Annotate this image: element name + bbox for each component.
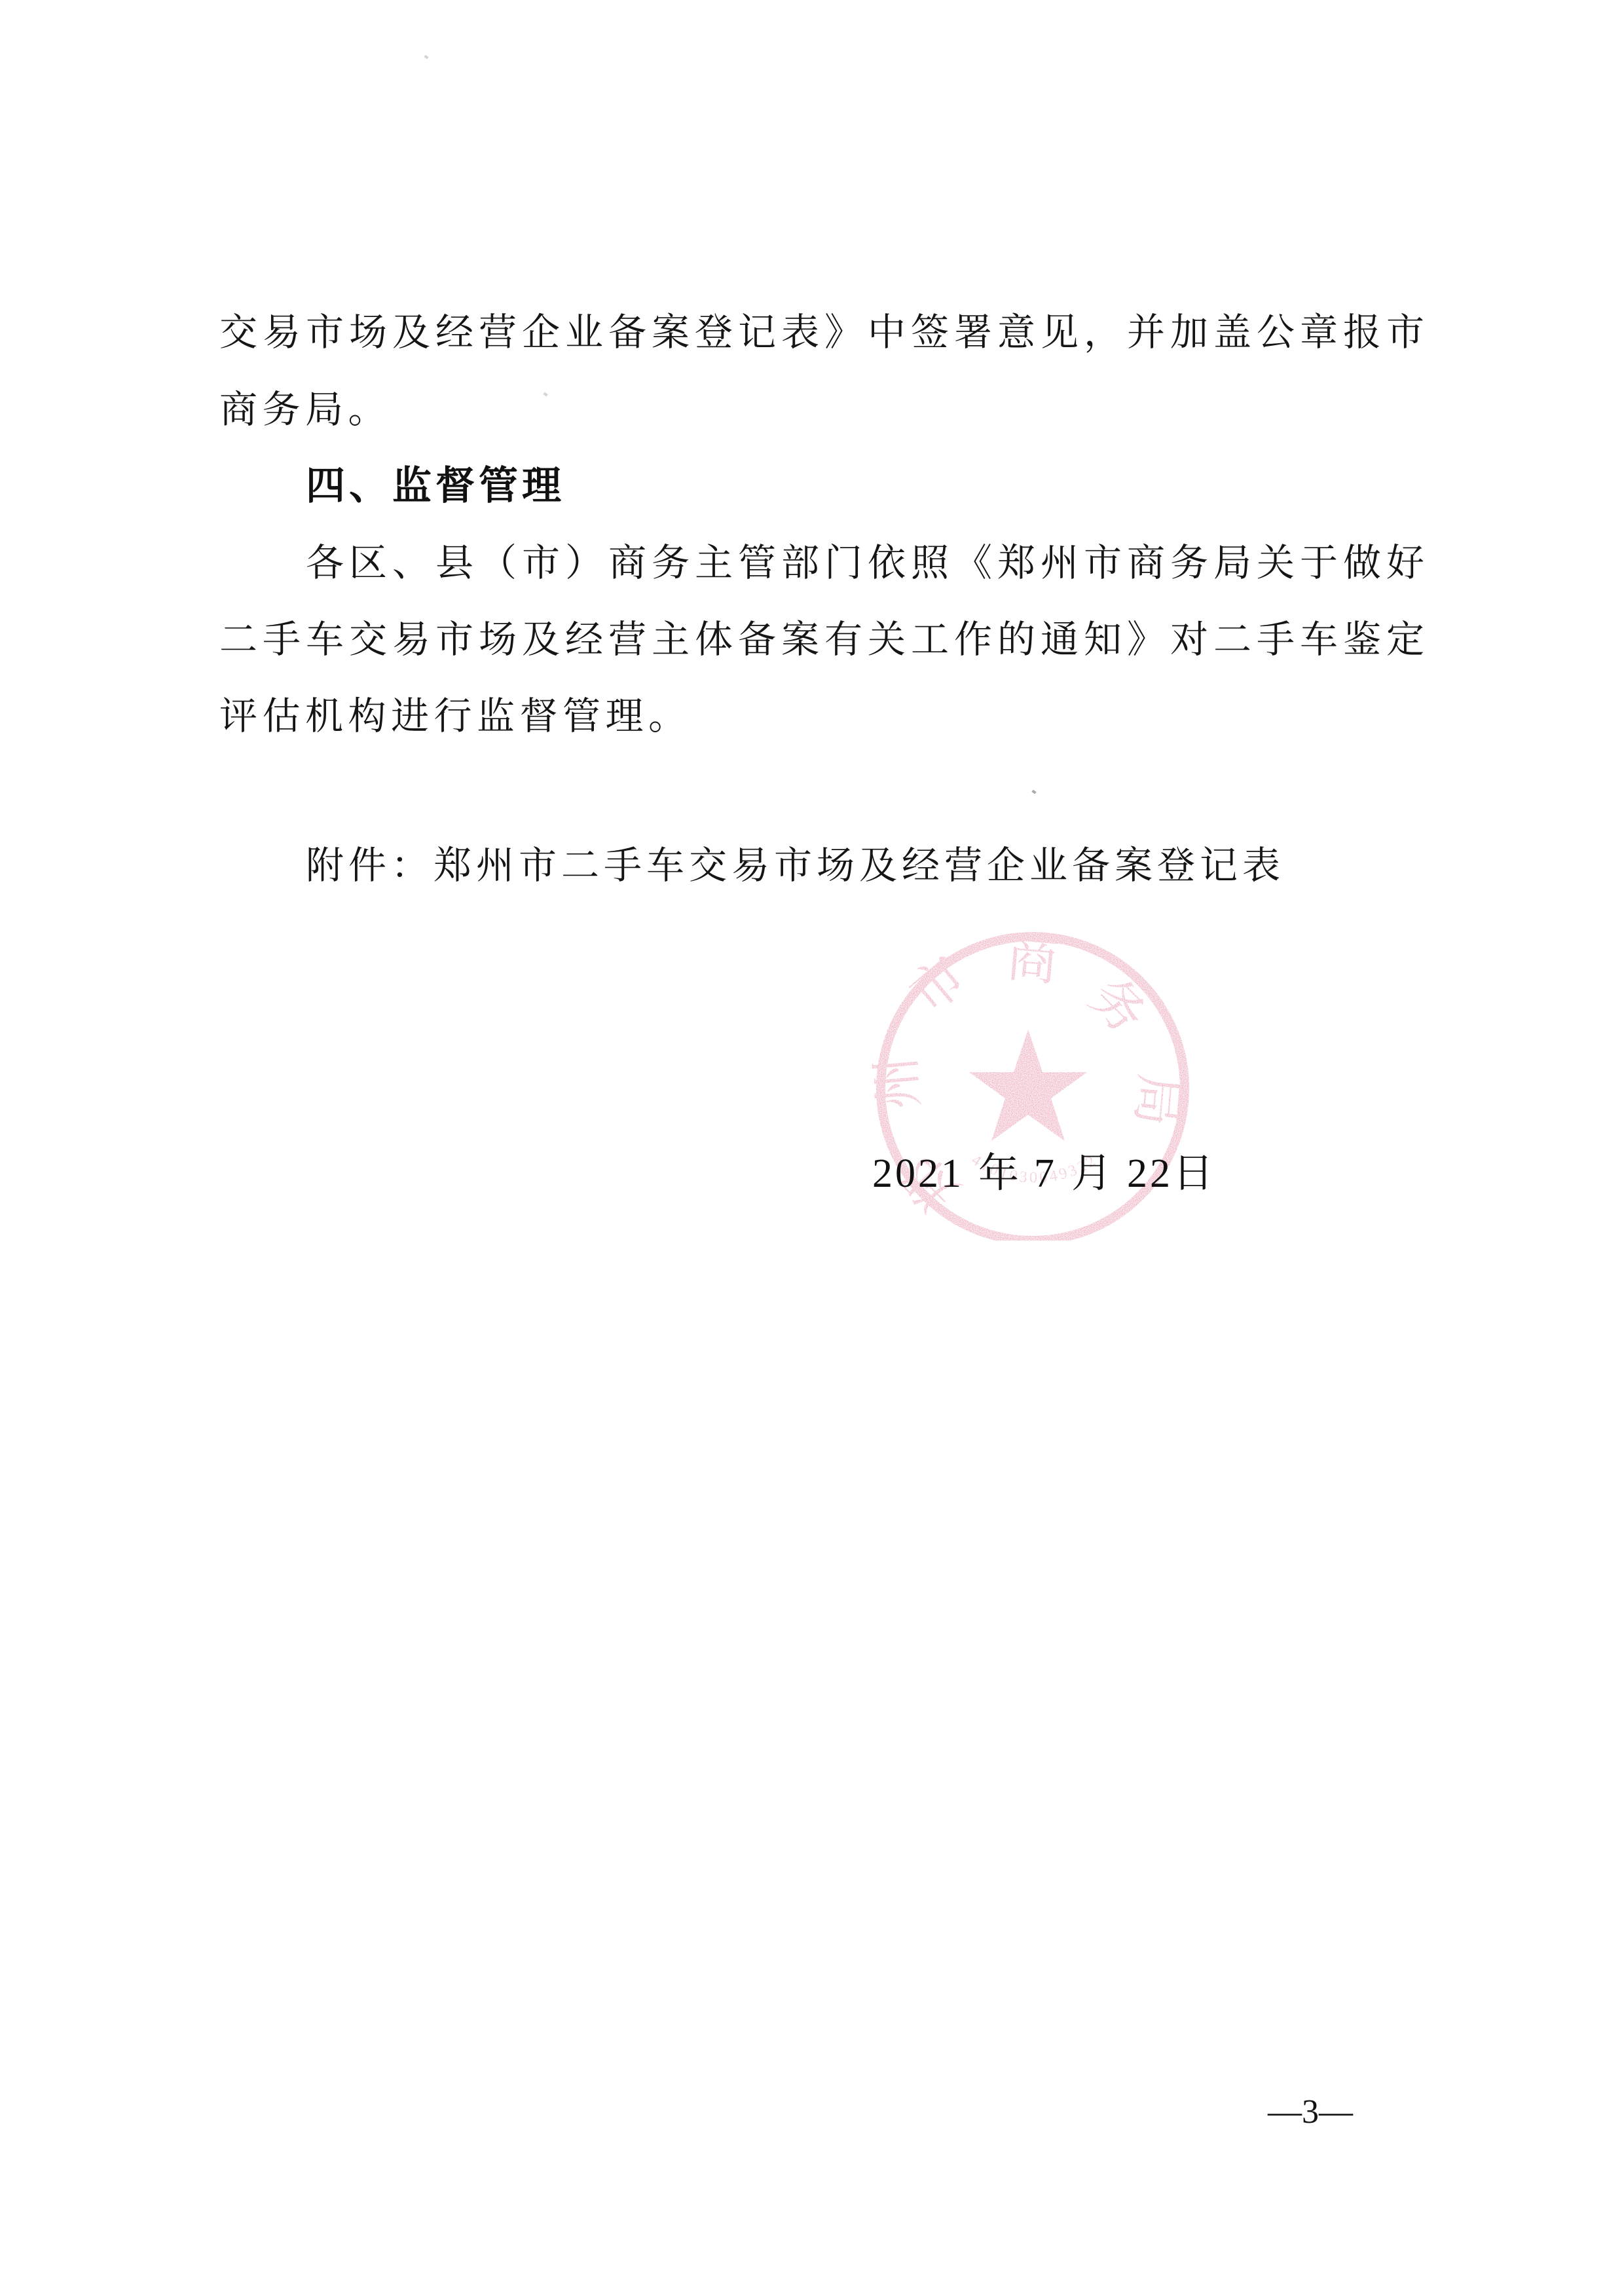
signature-date: 2021年7月22日 xyxy=(872,1135,1214,1212)
date-year-unit: 年 xyxy=(978,1135,1020,1212)
section-heading: 四、监督管理 xyxy=(306,447,565,525)
date-month-unit: 月 xyxy=(1071,1135,1113,1212)
date-year: 2021 xyxy=(872,1135,964,1212)
page-number: —3— xyxy=(1268,2089,1353,2135)
document-page: 交易市场及经营企业备案登记表》中签署意见，并加盖公章报市 商务局。 四、监督管理… xyxy=(0,0,1624,2295)
paragraph-line-1: 各区、县（市）商务主管部门依照《郑州市商务局关于做好 xyxy=(306,524,1424,601)
seal-char-zhou: 州 xyxy=(871,1054,930,1111)
paragraph-line-2: 二手车交易市场及经营主体备案有关工作的通知》对二手车鉴定 xyxy=(219,601,1424,678)
continuation-line-2: 商务局。 xyxy=(219,371,1424,448)
date-day-unit: 日 xyxy=(1173,1135,1214,1212)
paragraph-line-3: 评估机构进行监督管理。 xyxy=(219,677,1424,755)
continuation-line-1: 交易市场及经营企业备案登记表》中签署意见，并加盖公章报市 xyxy=(219,293,1424,371)
scan-speck xyxy=(424,55,428,60)
date-month: 7 xyxy=(1034,1135,1057,1212)
seal-char-wu: 务 xyxy=(1078,965,1158,1045)
seal-char-ju: 局 xyxy=(1125,1071,1190,1129)
star-icon xyxy=(969,1030,1087,1141)
seal-char-shang: 商 xyxy=(1003,927,1061,993)
date-day: 22 xyxy=(1127,1135,1173,1212)
scan-speck xyxy=(1031,790,1036,794)
attachment-line: 附件：郑州市二手车交易市场及经营企业备案登记表 xyxy=(306,827,1327,904)
